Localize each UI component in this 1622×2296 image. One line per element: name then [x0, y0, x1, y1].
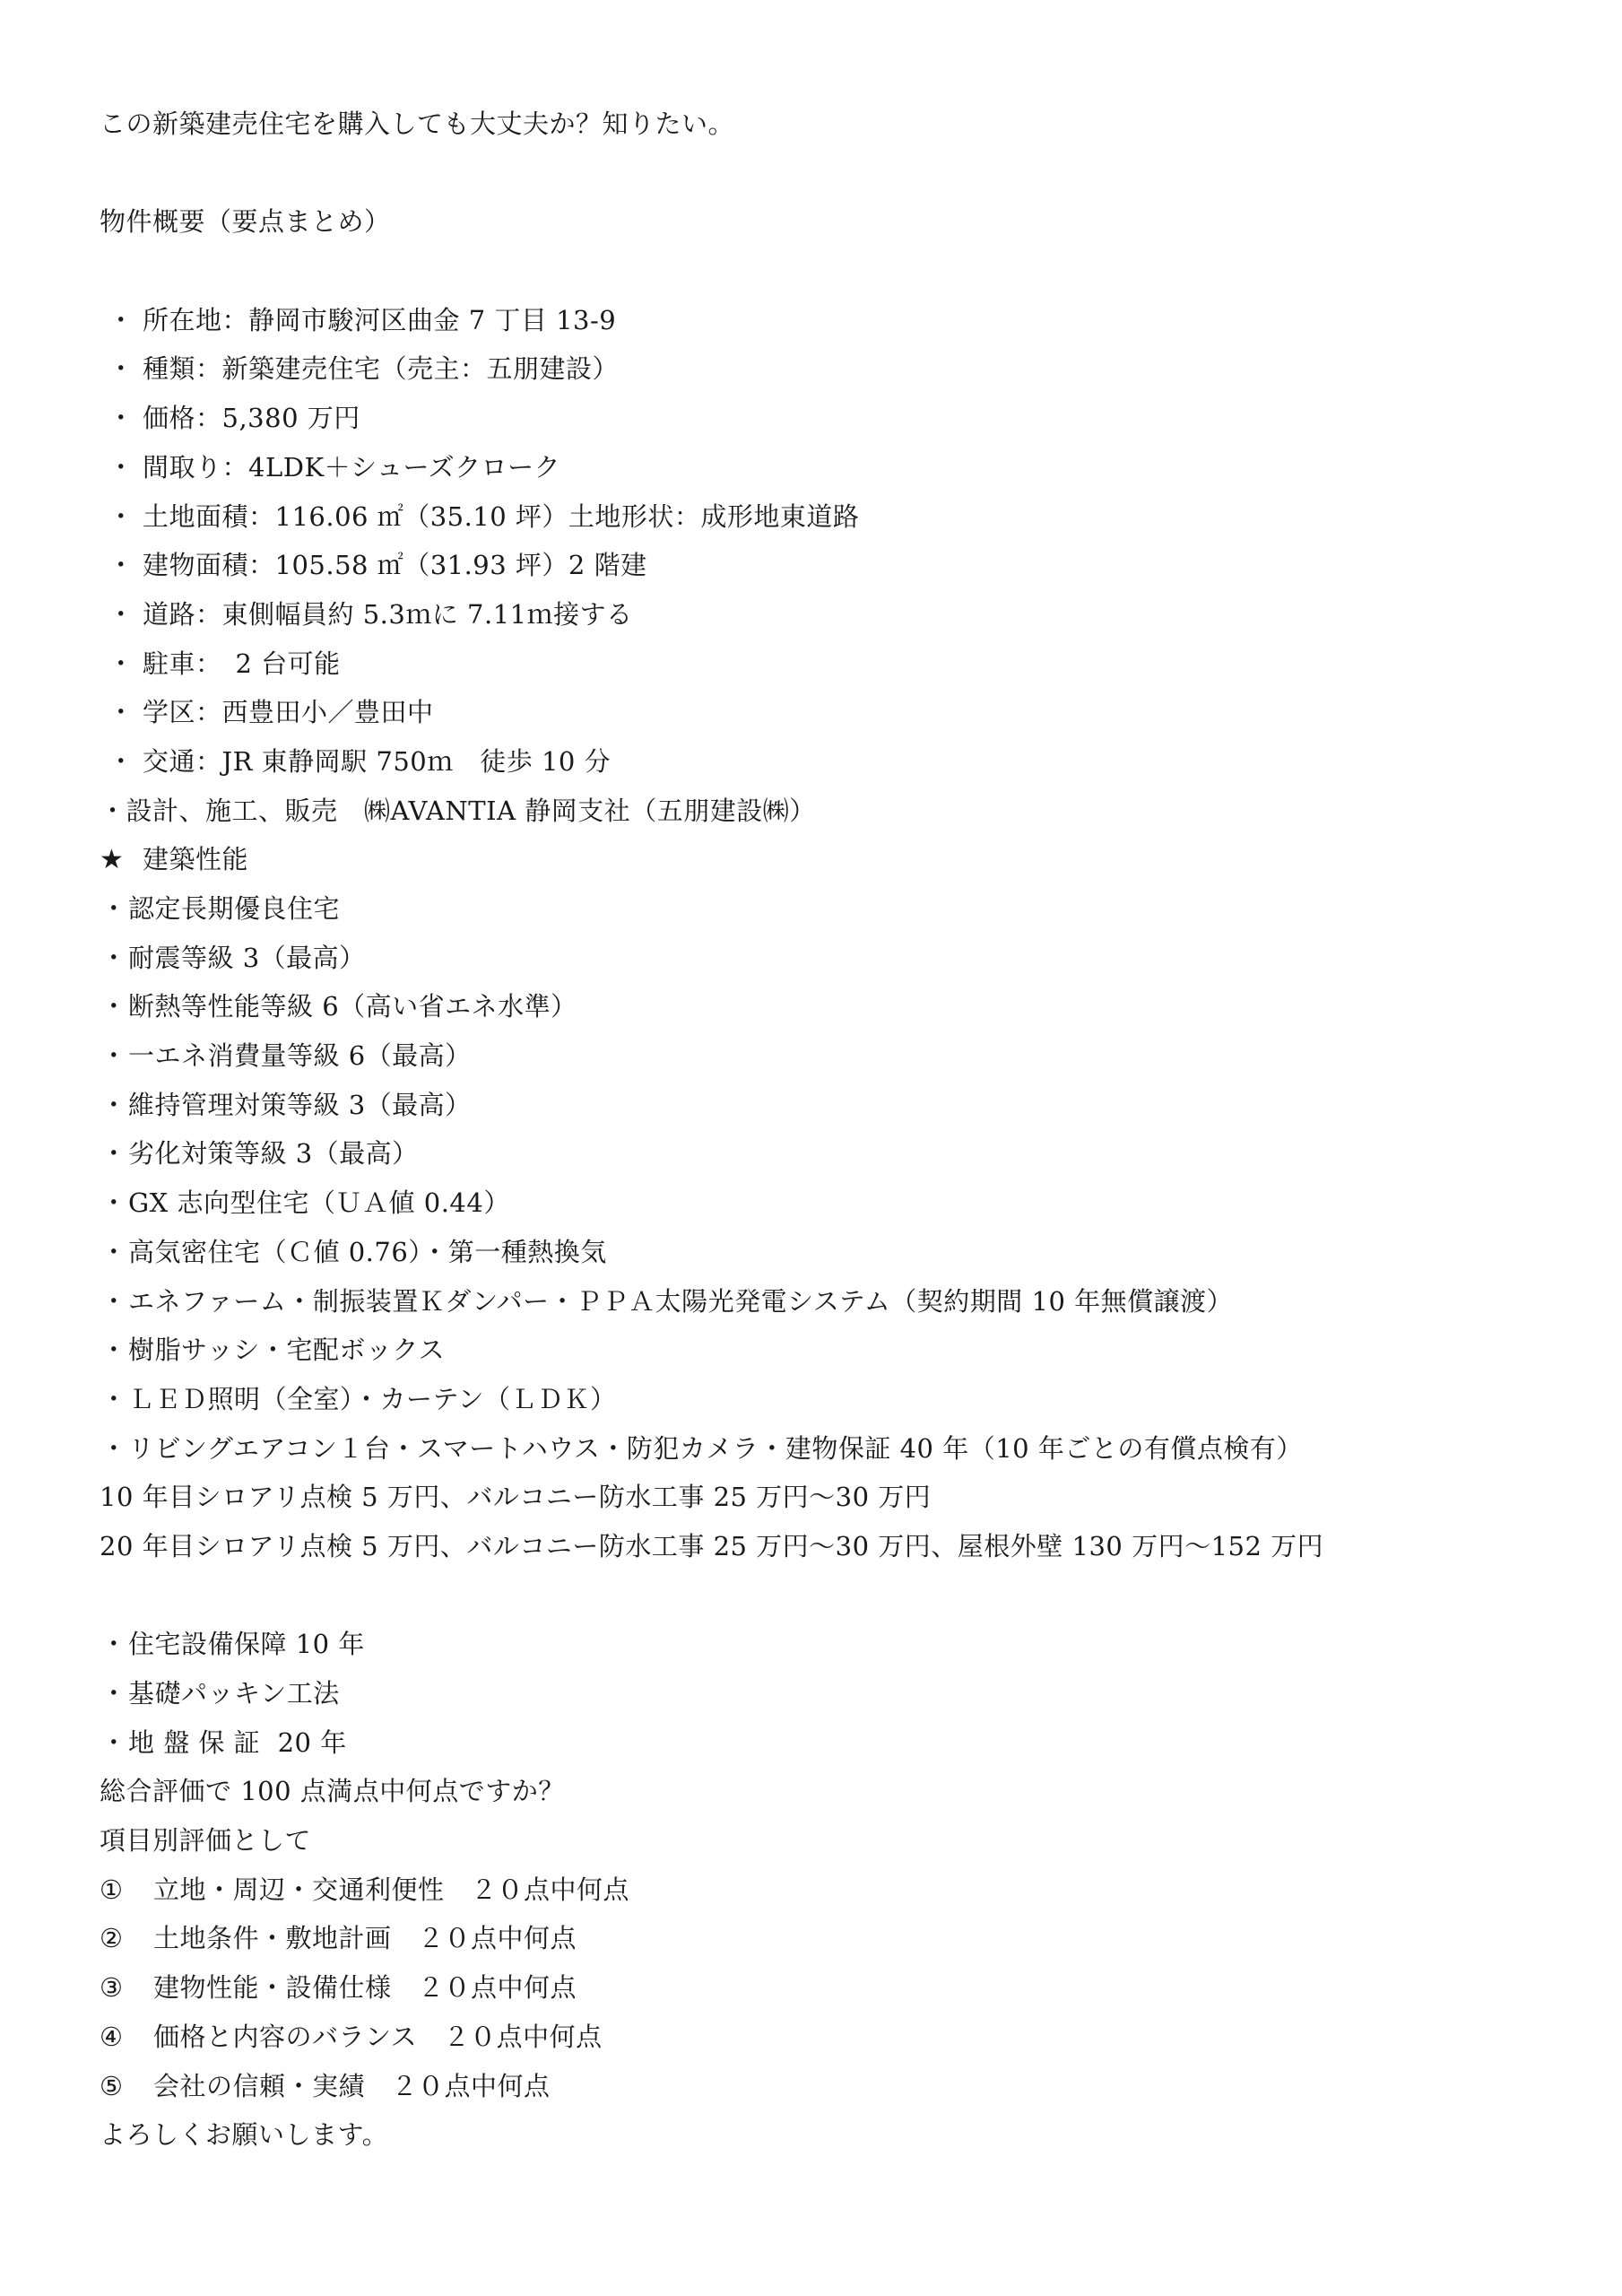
bullet-icon: ・	[100, 1718, 128, 1768]
category-item-location: ①立地・周辺・交通利便性 ２０点中何点	[100, 1865, 1552, 1915]
performance-item: ・高気密住宅（Ｃ値 0.76）・第一種熱換気	[100, 1228, 1552, 1277]
overview-item-location: ・所在地：静岡市駿河区曲金 7 丁目 13-9	[100, 296, 1552, 345]
score-text: ２０点中何点	[444, 2022, 603, 2052]
category-item-building: ③建物性能・設備仕様 ２０点中何点	[100, 1963, 1552, 2013]
performance-item: ・断熱等性能等級 6（高い省エネ水準）	[100, 982, 1552, 1031]
bullet-icon: ・	[100, 1424, 128, 1474]
blank-line	[100, 1571, 1552, 1621]
overview-item-land-area: ・土地面積：116.06 ㎡（35.10 坪）土地形状：成形地東道路	[100, 492, 1552, 542]
overview-item-building-area: ・建物面積：105.58 ㎡（31.93 坪）2 階建	[100, 541, 1552, 590]
overview-item-road: ・道路：東側幅員約 5.3ｍに 7.11ｍ接する	[100, 590, 1552, 639]
performance-item: ・リビングエアコン１台・スマートハウス・防犯カメラ・建物保証 40 年（10 年…	[100, 1424, 1552, 1474]
bullet-icon: ・	[100, 1669, 128, 1718]
category-heading: 項目別評価として	[100, 1816, 1552, 1865]
bullet-icon: ・	[100, 443, 143, 492]
bullet-icon: ・	[100, 1129, 128, 1178]
warranty-item: ・住宅設備保障 10 年	[100, 1620, 1552, 1669]
category-item-price-balance: ④価格と内容のバランス ２０点中何点	[100, 2013, 1552, 2062]
bullet-icon: ・	[100, 394, 143, 443]
bullet-icon: ・	[100, 1375, 128, 1424]
circled-number: ③	[100, 1963, 153, 2013]
overview-item-parking: ・駐車： 2 台可能	[100, 639, 1552, 689]
category-item-land: ②土地条件・敷地計画 ２０点中何点	[100, 1914, 1552, 1963]
performance-heading: ★建築性能	[100, 835, 1552, 884]
category-item-company-trust: ⑤会社の信頼・実績 ２０点中何点	[100, 2062, 1552, 2111]
blank-line	[100, 247, 1552, 296]
overview-heading: 物件概要（要点まとめ）	[100, 197, 1552, 247]
overview-item-transport: ・交通：JR 東静岡駅 750ｍ 徒歩 10 分	[100, 737, 1552, 787]
performance-item: ・劣化対策等級 3（最高）	[100, 1129, 1552, 1178]
bullet-icon: ・	[100, 982, 128, 1031]
bullet-icon: ・	[100, 1228, 128, 1277]
bullet-icon: ・	[100, 884, 128, 934]
circled-number: ②	[100, 1914, 153, 1963]
performance-item: ・維持管理対策等級 3（最高）	[100, 1081, 1552, 1130]
bullet-icon: ・	[100, 934, 128, 983]
performance-item: ・一エネ消費量等級 6（最高）	[100, 1031, 1552, 1081]
overview-item-layout: ・間取り：4LDK＋シューズクローク	[100, 443, 1552, 492]
performance-list: ・認定長期優良住宅 ・耐震等級 3（最高） ・断熱等性能等級 6（高い省エネ水準…	[100, 884, 1552, 1571]
score-text: ２０点中何点	[418, 1972, 577, 2003]
total-score-question: 総合評価で 100 点満点中何点ですか？	[100, 1767, 1552, 1816]
circled-number: ④	[100, 2013, 153, 2062]
bullet-icon: ・	[100, 1081, 128, 1130]
score-text: ２０点中何点	[471, 1874, 629, 1905]
bullet-icon: ・	[100, 344, 143, 394]
question-line: この新築建売住宅を購入しても大丈夫か？知りたい。	[100, 100, 1552, 149]
overview-item-price: ・価格：5,380 万円	[100, 394, 1552, 443]
performance-item: ・認定長期優良住宅	[100, 884, 1552, 934]
maintenance-line-10yr: 10 年目シロアリ点検 5 万円、バルコニー防水工事 25 万円～30 万円	[100, 1473, 1552, 1522]
bullet-icon: ・	[100, 1178, 128, 1228]
performance-item: ・ＬＥＤ照明（全室）・カーテン（ＬＤＫ）	[100, 1375, 1552, 1424]
bullet-icon: ・	[100, 492, 143, 542]
maintenance-line-20yr: 20 年目シロアリ点検 5 万円、バルコニー防水工事 25 万円～30 万円、屋…	[100, 1522, 1552, 1571]
score-text: ２０点中何点	[392, 2071, 551, 2101]
bullet-icon: ・	[100, 296, 143, 345]
warranty-list: ・住宅設備保障 10 年 ・基礎パッキン工法 ・地 盤 保 証 20 年	[100, 1620, 1552, 1767]
performance-item: ・GX 志向型住宅（ＵＡ値 0.44）	[100, 1178, 1552, 1228]
warranty-item: ・基礎パッキン工法	[100, 1669, 1552, 1718]
blank-line	[100, 149, 1552, 198]
warranty-item: ・地 盤 保 証 20 年	[100, 1718, 1552, 1768]
performance-item: ・耐震等級 3（最高）	[100, 934, 1552, 983]
bullet-icon: ・	[100, 639, 143, 689]
performance-item: ・エネファーム・制振装置Ｋダンパー・ＰＰＡ太陽光発電システム（契約期間 10 年…	[100, 1277, 1552, 1326]
bullet-icon: ・	[100, 1620, 128, 1669]
category-list: ①立地・周辺・交通利便性 ２０点中何点 ②土地条件・敷地計画 ２０点中何点 ③建…	[100, 1865, 1552, 2110]
circled-number: ⑤	[100, 2062, 153, 2111]
overview-item-school-district: ・学区：西豊田小／豊田中	[100, 688, 1552, 737]
bullet-icon: ・	[100, 688, 143, 737]
closing-line: よろしくお願いします。	[100, 2110, 1552, 2160]
bullet-icon: ・	[100, 590, 143, 639]
bullet-icon: ・	[100, 541, 143, 590]
overview-item-type: ・種類：新築建売住宅（売主：五朋建設）	[100, 344, 1552, 394]
overview-list: ・所在地：静岡市駿河区曲金 7 丁目 13-9 ・種類：新築建売住宅（売主：五朋…	[100, 296, 1552, 836]
score-text: ２０点中何点	[418, 1923, 577, 1953]
performance-item: ・樹脂サッシ・宅配ボックス	[100, 1326, 1552, 1375]
bullet-icon: ・	[100, 737, 143, 787]
overview-item-company: ・設計、施工、販売 ㈱AVANTIA 静岡支社（五朋建設㈱）	[100, 787, 1552, 836]
circled-number: ①	[100, 1865, 153, 1915]
document-page: この新築建売住宅を購入しても大丈夫か？知りたい。 物件概要（要点まとめ） ・所在…	[100, 100, 1552, 2160]
bullet-icon: ・	[100, 1326, 128, 1375]
star-icon: ★	[100, 836, 143, 885]
bullet-icon: ・	[100, 1277, 128, 1326]
bullet-icon: ・	[100, 1031, 128, 1081]
